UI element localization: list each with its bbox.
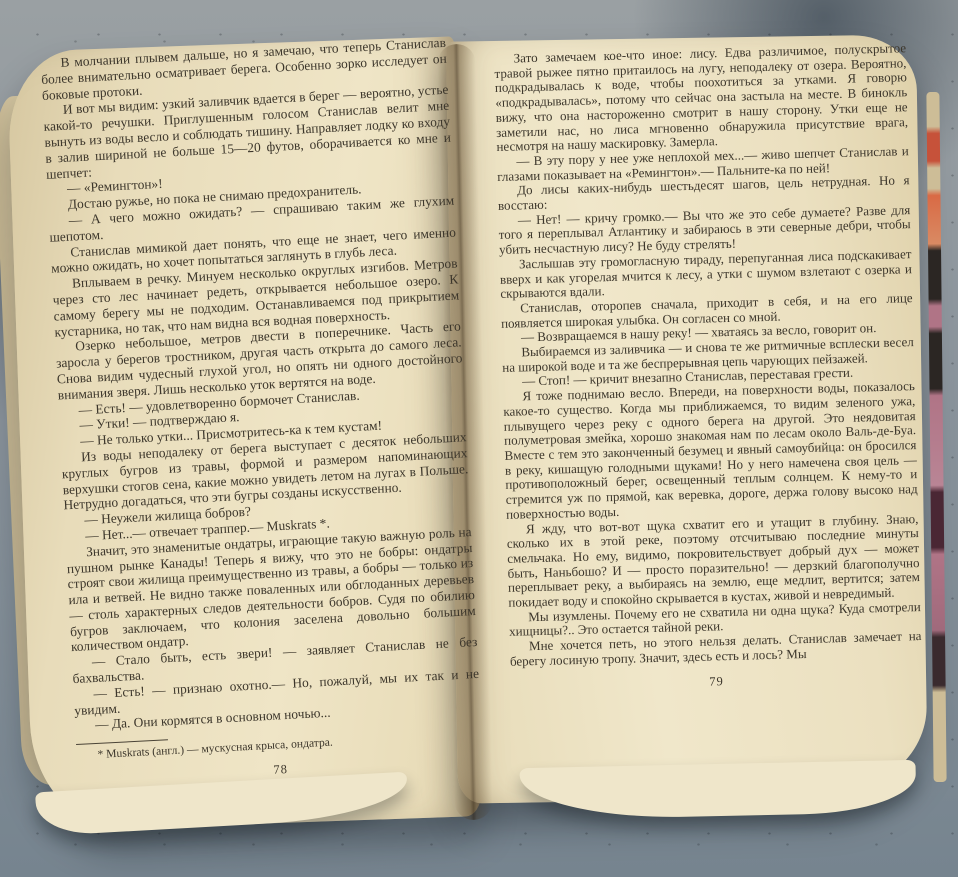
right-page-text: Зато замечаем кое-что иное: лису. Едва р… (494, 41, 923, 694)
paragraph: Зато замечаем кое-что иное: лису. Едва р… (494, 41, 909, 155)
right-page-bottom-edge (519, 760, 916, 820)
paragraph: Я жду, что вот-вот щука схватит его и ут… (506, 512, 920, 611)
left-page-text: В молчании плывем дальше, но я замечаю, … (40, 35, 484, 789)
book-photo: В молчании плывем дальше, но я замечаю, … (0, 0, 958, 877)
left-page-paragraphs: В молчании плывем дальше, но я замечаю, … (40, 35, 481, 735)
right-page-paragraphs: Зато замечаем кое-что иное: лису. Едва р… (494, 41, 922, 669)
dust-jacket-fore-edge (926, 92, 946, 782)
paragraph: Значит, это знаменитые ондатры, играющие… (66, 524, 477, 656)
paragraph: Я тоже поднимаю весло. Впереди, на повер… (503, 379, 918, 522)
